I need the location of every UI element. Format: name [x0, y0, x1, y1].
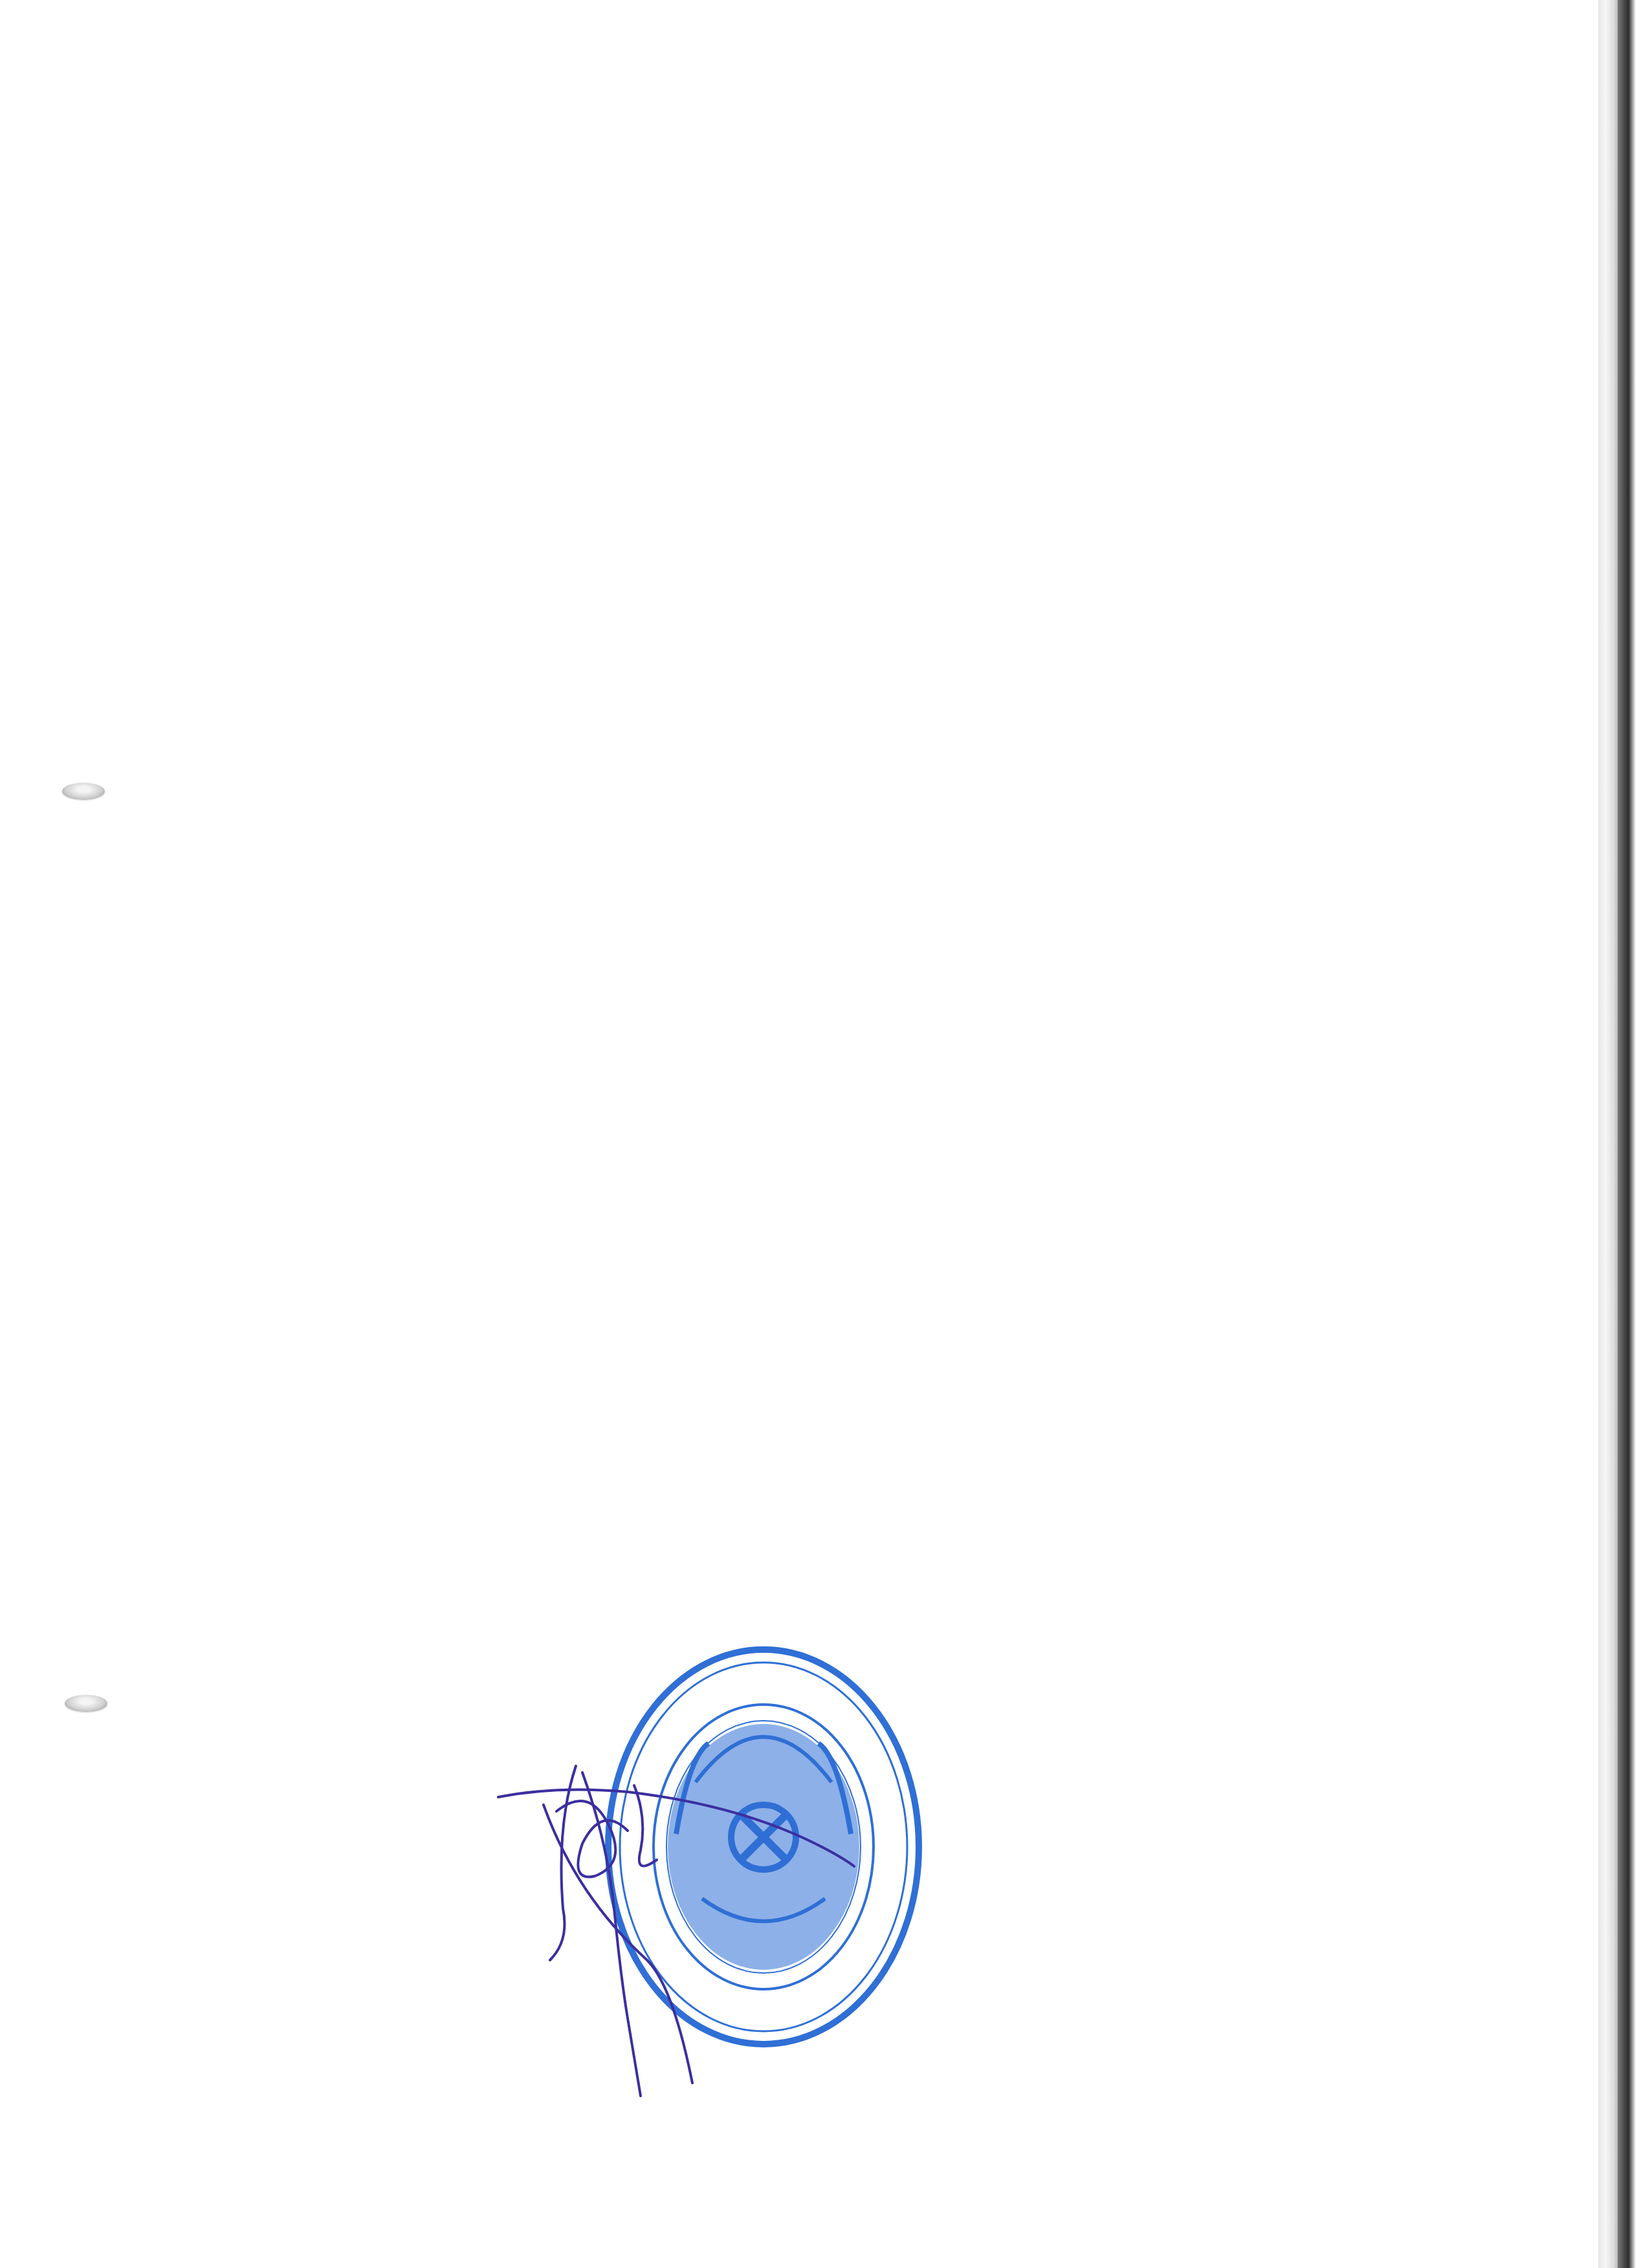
punch-hole-icon [65, 1695, 107, 1712]
scan-edge-strip [1598, 0, 1618, 2268]
scan-edge-shadow [1618, 0, 1636, 2268]
punch-hole-icon [62, 783, 105, 800]
scanned-document-page [0, 0, 1650, 2268]
handwritten-signature-icon [479, 1747, 984, 2109]
